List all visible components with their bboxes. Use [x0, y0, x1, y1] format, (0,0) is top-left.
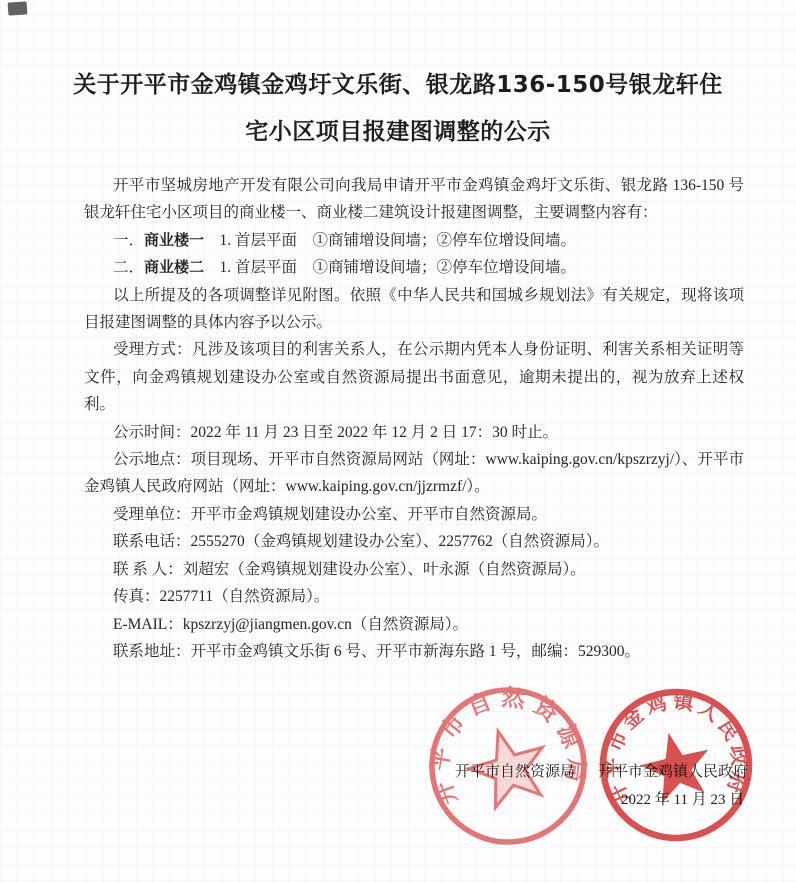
paragraph-contact-person: 联 系 人：刘超宏（金鸡镇规划建设办公室）、叶永源（自然资源局）。: [84, 556, 744, 583]
item1-number: 一．: [113, 232, 144, 249]
item2-title: 商业楼二: [144, 258, 204, 276]
paragraph-publicity-time: 公示时间：2022 年 11 月 23 日至 2022 年 12 月 2 日 1…: [84, 419, 744, 446]
item1-text: 1. 首层平面 ①商铺增设间墙；②停车位增设间墙。: [204, 232, 576, 249]
item1-title: 商业楼一: [144, 231, 204, 249]
official-seal-natural-resources-bureau: 开平市自然资源局: [419, 677, 596, 854]
seal-star-outline-icon: [462, 721, 555, 812]
paragraph-acceptance-method: 受理方式：凡涉及该项目的利害关系人，在公示期内凭本人身份证明、利害关系相关证明等…: [84, 336, 744, 418]
seal-star-solid-icon: [634, 725, 717, 806]
paragraph-publicity-place: 公示地点：项目现场、开平市自然资源局网站（网址：www.kaiping.gov.…: [84, 446, 744, 501]
list-item-building-2: 二．商业楼二 1. 首层平面 ①商铺增设间墙；②停车位增设间墙。: [84, 254, 744, 281]
document-body: 开平市坚城房地产开发有限公司向我局申请开平市金鸡镇金鸡圩文乐街、银龙路 136-…: [84, 172, 744, 665]
paragraph-intro: 开平市坚城房地产开发有限公司向我局申请开平市金鸡镇金鸡圩文乐街、银龙路 136-…: [84, 172, 744, 227]
notice-document-page: 关于开平市金鸡镇金鸡圩文乐街、银龙路136-150号银龙轩住宅小区项目报建图调整…: [0, 0, 796, 882]
paragraph-fax: 传真：2257711（自然资源局）。: [84, 583, 744, 610]
paragraph-phone: 联系电话：2555270（金鸡镇规划建设办公室）、2257762（自然资源局）。: [84, 528, 744, 555]
paragraph-accepting-unit: 受理单位：开平市金鸡镇规划建设办公室、开平市自然资源局。: [84, 501, 744, 528]
list-item-building-1: 一．商业楼一 1. 首层平面 ①商铺增设间墙；②停车位增设间墙。: [84, 227, 744, 254]
document-title: 关于开平市金鸡镇金鸡圩文乐街、银龙路136-150号银龙轩住宅小区项目报建图调整…: [64, 0, 732, 156]
item2-number: 二．: [113, 259, 144, 276]
item2-text: 1. 首层平面 ①商铺增设间墙；②停车位增设间墙。: [204, 259, 576, 276]
scan-staple-mark: [8, 1, 28, 15]
paragraph-attachment: 以上所提及的各项调整详见附图。依照《中华人民共和国城乡规划法》有关规定，现将该项…: [84, 282, 744, 337]
official-seal-jinji-town-government: 开平市金鸡镇人民政府: [593, 682, 759, 848]
paragraph-email: E-MAIL：kpszrzyj@jiangmen.gov.cn（自然资源局）。: [84, 611, 744, 638]
paragraph-address: 联系地址：开平市金鸡镇文乐街 6 号、开平市新海东路 1 号，邮编：529300…: [84, 638, 744, 665]
